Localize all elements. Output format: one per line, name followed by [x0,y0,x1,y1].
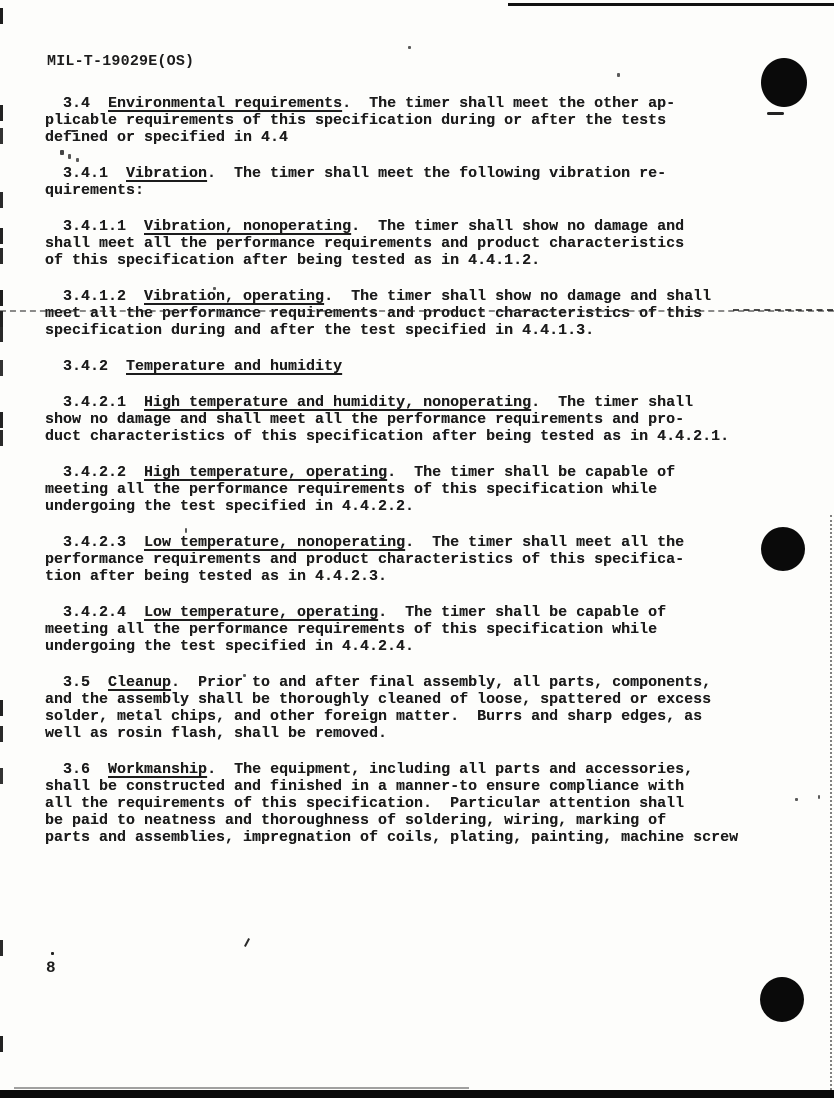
scan-speck [408,46,411,49]
scan-edge-top [508,3,834,6]
paragraph-title: Workmanship [108,761,207,778]
scan-speck [537,800,540,803]
dashed-scan-fold-line [0,310,834,312]
scan-edge-bottom [0,1090,834,1098]
paragraph-text: 3.4 [45,95,108,112]
hole-punch-mark-top [761,58,807,107]
paragraph-title: Vibration [126,165,207,182]
document-number: MIL-T-19029E(OS) [47,53,794,70]
paragraph-text: 3.4.2.3 [45,534,144,551]
scan-speck [185,528,187,533]
paragraph-3-4: 3.4 Environmental requirements. The time… [45,95,794,146]
paragraph-3-5: 3.5 Cleanup. Prior to and after final as… [45,674,794,742]
paragraph-text: 3.6 [45,761,108,778]
paragraph-title: High temperature, operating [144,464,387,481]
paragraph-text: 3.4.2 [45,358,126,375]
paragraph-text: 3.4.2.2 [45,464,144,481]
dashed-scan-fold-line-right [733,309,833,311]
paragraph-text: 3.4.2.4 [45,604,144,621]
paragraph-text: 3.4.1.1 [45,218,144,235]
paragraph-title: Vibration, nonoperating [144,218,351,235]
paragraph-3-6: 3.6 Workmanship. The equipment, includin… [45,761,794,846]
document-page: MIL-T-19029E(OS) 3.4 Environmental requi… [0,0,834,1098]
document-body: 3.4 Environmental requirements. The time… [45,95,794,846]
paragraph-title: Low temperature, operating [144,604,378,621]
scan-smudge [76,158,79,162]
paragraph-3-4-2-3: 3.4.2.3 Low temperature, nonoperating. T… [45,534,794,585]
paragraph-3-4-1-1: 3.4.1.1 Vibration, nonoperating. The tim… [45,218,794,269]
paragraph-3-4-2-2: 3.4.2.2 High temperature, operating. The… [45,464,794,515]
scan-speck [243,674,246,677]
scan-edge-left-ticks [0,8,3,24]
scan-speck [617,73,620,77]
paragraph-text: 3.4.2.1 [45,394,144,411]
hole-punch-underdash [767,112,784,115]
paragraph-title: Cleanup [108,674,171,691]
paragraph-text: 3.4.1.2 [45,288,144,305]
scan-speck [818,795,820,799]
paragraph-text: 3.5 [45,674,108,691]
paragraph-title: Temperature and humidity [126,358,342,375]
paragraph-title: Environmental requirements [108,95,342,112]
scan-edge-right-dotted [830,515,832,1090]
scan-smudge [60,150,64,155]
paragraph-3-4-1-2: 3.4.1.2 Vibration, operating. The timer … [45,288,794,339]
paragraph-text: 3.4.1 [45,165,126,182]
paragraph-3-4-2-4: 3.4.2.4 Low temperature, operating. The … [45,604,794,655]
paragraph-3-4-2: 3.4.2 Temperature and humidity [45,358,794,375]
paragraph-3-4-2-1: 3.4.2.1 High temperature and humidity, n… [45,394,794,445]
scan-speck [213,287,216,290]
paragraph-title: High temperature and humidity, nonoperat… [144,394,531,411]
scan-speck [71,130,76,132]
paragraph-3-4-1: 3.4.1 Vibration. The timer shall meet th… [45,165,794,199]
paragraph-title: Vibration, operating [144,288,324,305]
hole-punch-mark-middle [761,527,805,571]
scan-smudge [68,154,71,159]
speck-above-page-number [51,952,54,955]
paragraph-title: Low temperature, nonoperating [144,534,405,551]
page-number: 8 [46,959,56,977]
scan-edge-bottom-gray [14,1087,469,1089]
hole-punch-mark-bottom [760,977,804,1022]
scan-speck [795,798,798,801]
